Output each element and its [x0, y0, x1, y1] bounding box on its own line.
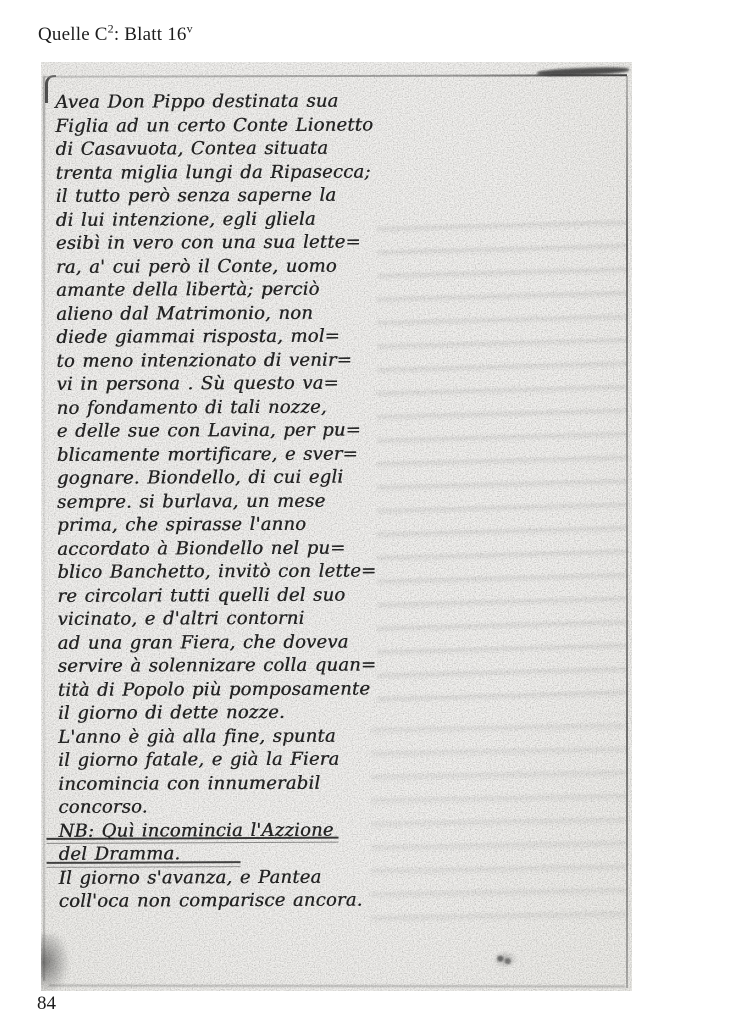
manuscript-line: accordato à Biondello nel pu= — [57, 536, 457, 561]
manuscript-line: del Dramma. — [58, 841, 458, 866]
manuscript-line: di lui intenzione, egli gliela — [56, 207, 456, 232]
manuscript-line: to meno intenzionato di venir= — [56, 348, 456, 373]
source-header-text: Quelle C — [38, 24, 108, 45]
manuscript-line: gognare. Biondello, di cui egli — [57, 465, 457, 490]
manuscript-line: no fondamento di tali nozze, — [57, 395, 457, 420]
manuscript-line: coll'oca non comparisce ancora. — [59, 888, 459, 913]
manuscript-scan: Avea Don Pippo destinata suaFiglia ad un… — [41, 62, 632, 991]
manuscript-line: Figlia ad un certo Conte Lionetto — [55, 113, 455, 138]
manuscript-line: NB: Quì incomincia l'Azzione — [58, 818, 458, 843]
manuscript-line: e delle sue con Lavina, per pu= — [57, 418, 457, 443]
scan-edge-left — [43, 76, 45, 981]
scan-smudge-center — [493, 951, 517, 968]
scan-smudge-bottom-left — [41, 934, 70, 991]
manuscript-line: il tutto però senza saperne la — [56, 183, 456, 208]
manuscript-line: incomincia con innumerabil — [58, 771, 458, 796]
source-header: Quelle C2: Blatt 16v — [38, 24, 193, 46]
manuscript-line: ra, a' cui però il Conte, uomo — [56, 254, 456, 279]
manuscript-line: amante della libertà; perciò — [56, 277, 456, 302]
manuscript-line: diede giammai risposta, mol= — [56, 324, 456, 349]
manuscript-line: sempre. si burlava, un mese — [57, 489, 457, 514]
manuscript-line: di Casavuota, Contea situata — [55, 136, 455, 161]
page-number: 84 — [37, 993, 56, 1015]
source-header-text: : Blatt 16 — [114, 24, 187, 45]
manuscript-line: vicinato, e d'altri contorni — [57, 606, 457, 631]
manuscript-line: vi in persona . Sù questo va= — [56, 371, 456, 396]
manuscript-line: esibì in vero con una sua lette= — [56, 230, 456, 255]
manuscript-line: Il giorno s'avanza, e Pantea — [59, 865, 459, 890]
manuscript-line: tità di Popolo più pomposamente — [58, 677, 458, 702]
manuscript-line: Avea Don Pippo destinata sua — [55, 89, 455, 114]
manuscript-line: blicamente mortificare, e sver= — [57, 442, 457, 467]
manuscript-line: servire à solennizare colla quan= — [58, 653, 458, 678]
manuscript-line: trenta miglia lungi da Ripasecca; — [56, 160, 456, 185]
manuscript-text: Avea Don Pippo destinata suaFiglia ad un… — [55, 89, 459, 913]
manuscript-line: il giorno di dette nozze. — [58, 700, 458, 725]
manuscript-line: re circolari tutti quelli del suo — [57, 583, 457, 608]
manuscript-line: prima, che spirasse l'anno — [57, 512, 457, 537]
manuscript-line: ad una gran Fiera, che doveva — [58, 630, 458, 655]
manuscript-line: il giorno fatale, e già la Fiera — [58, 747, 458, 772]
source-header-superscript: v — [187, 22, 193, 36]
manuscript-line: alieno dal Matrimonio, non — [56, 301, 456, 326]
manuscript-line: concorso. — [58, 794, 458, 819]
scan-edge-right — [626, 76, 628, 988]
scan-edge-bottom — [49, 984, 625, 987]
manuscript-line: blico Banchetto, invitò con lette= — [57, 559, 457, 584]
manuscript-line: L'anno è già alla fine, spunta — [58, 724, 458, 749]
book-page: { "header": { "part1": "Quelle C", "sup1… — [0, 0, 735, 1030]
